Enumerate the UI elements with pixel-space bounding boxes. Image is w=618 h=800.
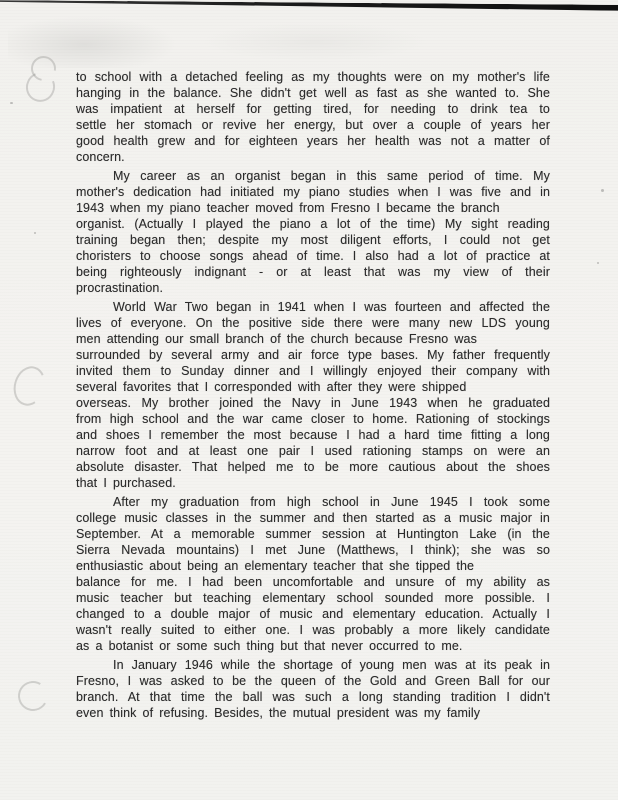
- paragraph-gold-green-ball: In January 1946 while the shortage of yo…: [76, 657, 550, 721]
- text-line: absolute disaster. That helped me to be …: [76, 459, 550, 475]
- text-line: lives of everyone. On the positive side …: [76, 315, 550, 331]
- text-line: music teacher but teaching elementary sc…: [76, 590, 550, 606]
- text-line: surrounded by several army and air force…: [76, 347, 550, 363]
- toner-speck: [597, 262, 599, 264]
- text-line: changed to a double major of music and e…: [76, 606, 550, 622]
- binding-ring-mark: [15, 678, 51, 714]
- text-line: mother's dedication had initiated my pia…: [76, 184, 550, 200]
- text-line: My career as an organist began in this s…: [76, 168, 550, 184]
- text-line: Sierra Nevada mountains) I met June (Mat…: [76, 542, 550, 558]
- scan-smudge: [200, 22, 430, 62]
- text-line: that I purchased.: [76, 475, 550, 491]
- text-line: as a botanist or some such thing but tha…: [76, 638, 550, 654]
- paragraph-mothers-health: to school with a detached feeling as my …: [76, 69, 550, 165]
- scanned-memoir-page: to school with a detached feeling as my …: [0, 0, 618, 800]
- text-line: overseas. My brother joined the Navy in …: [76, 395, 550, 411]
- text-line: wasn't really suited to either one. I wa…: [76, 622, 550, 638]
- paragraph-organist-career: My career as an organist began in this s…: [76, 168, 550, 296]
- paragraph-college-music: After my graduation from high school in …: [76, 494, 550, 654]
- text-line: several favorites that I corresponded wi…: [76, 379, 550, 395]
- text-line: branch. At that time the ball was such a…: [76, 689, 550, 705]
- text-line: even think of refusing. Besides, the mut…: [76, 705, 550, 721]
- text-line: In January 1946 while the shortage of yo…: [76, 657, 550, 673]
- text-line: enthusiastic about being an elementary t…: [76, 558, 550, 574]
- text-line: hanging in the balance. She didn't get w…: [76, 85, 550, 101]
- text-line: narrow foot and at least one pair I used…: [76, 443, 550, 459]
- text-line: from high school and the war came closer…: [76, 411, 550, 427]
- text-line: 1943 when my piano teacher moved from Fr…: [76, 200, 550, 216]
- text-line: organist. (Actually I played the piano a…: [76, 216, 550, 232]
- text-line: After my graduation from high school in …: [76, 494, 550, 510]
- binding-ring-mark: [9, 363, 50, 410]
- text-line: was impatient at herself for getting tir…: [76, 101, 550, 117]
- text-line: men attending our small branch of the ch…: [76, 331, 550, 347]
- document-text: to school with a detached feeling as my …: [76, 69, 550, 724]
- toner-speck: [10, 102, 13, 104]
- toner-speck: [34, 232, 36, 234]
- text-line: being righteously indignant - or at leas…: [76, 264, 550, 280]
- text-line: good health grew and for eighteen years …: [76, 133, 550, 149]
- text-line: training began then; despite my most dil…: [76, 232, 550, 248]
- text-line: college music classes in the summer and …: [76, 510, 550, 526]
- text-line: choristers to choose songs ahead of time…: [76, 248, 550, 264]
- text-line: balance for me. I had been uncomfortable…: [76, 574, 550, 590]
- text-line: concern.: [76, 149, 550, 165]
- text-line: settle her stomach or revive her energy,…: [76, 117, 550, 133]
- text-line: and shoes I remember the most because I …: [76, 427, 550, 443]
- text-line: procrastination.: [76, 280, 550, 296]
- text-line: Fresno, I was asked to be the queen of t…: [76, 673, 550, 689]
- text-line: World War Two began in 1941 when I was f…: [76, 299, 550, 315]
- toner-speck: [601, 189, 604, 192]
- text-line: to school with a detached feeling as my …: [76, 69, 550, 85]
- paragraph-world-war-two: World War Two began in 1941 when I was f…: [76, 299, 550, 491]
- scan-edge-line: [0, 0, 618, 11]
- text-line: September. At a memorable summer session…: [76, 526, 550, 542]
- text-line: invited them to Sunday dinner and I will…: [76, 363, 550, 379]
